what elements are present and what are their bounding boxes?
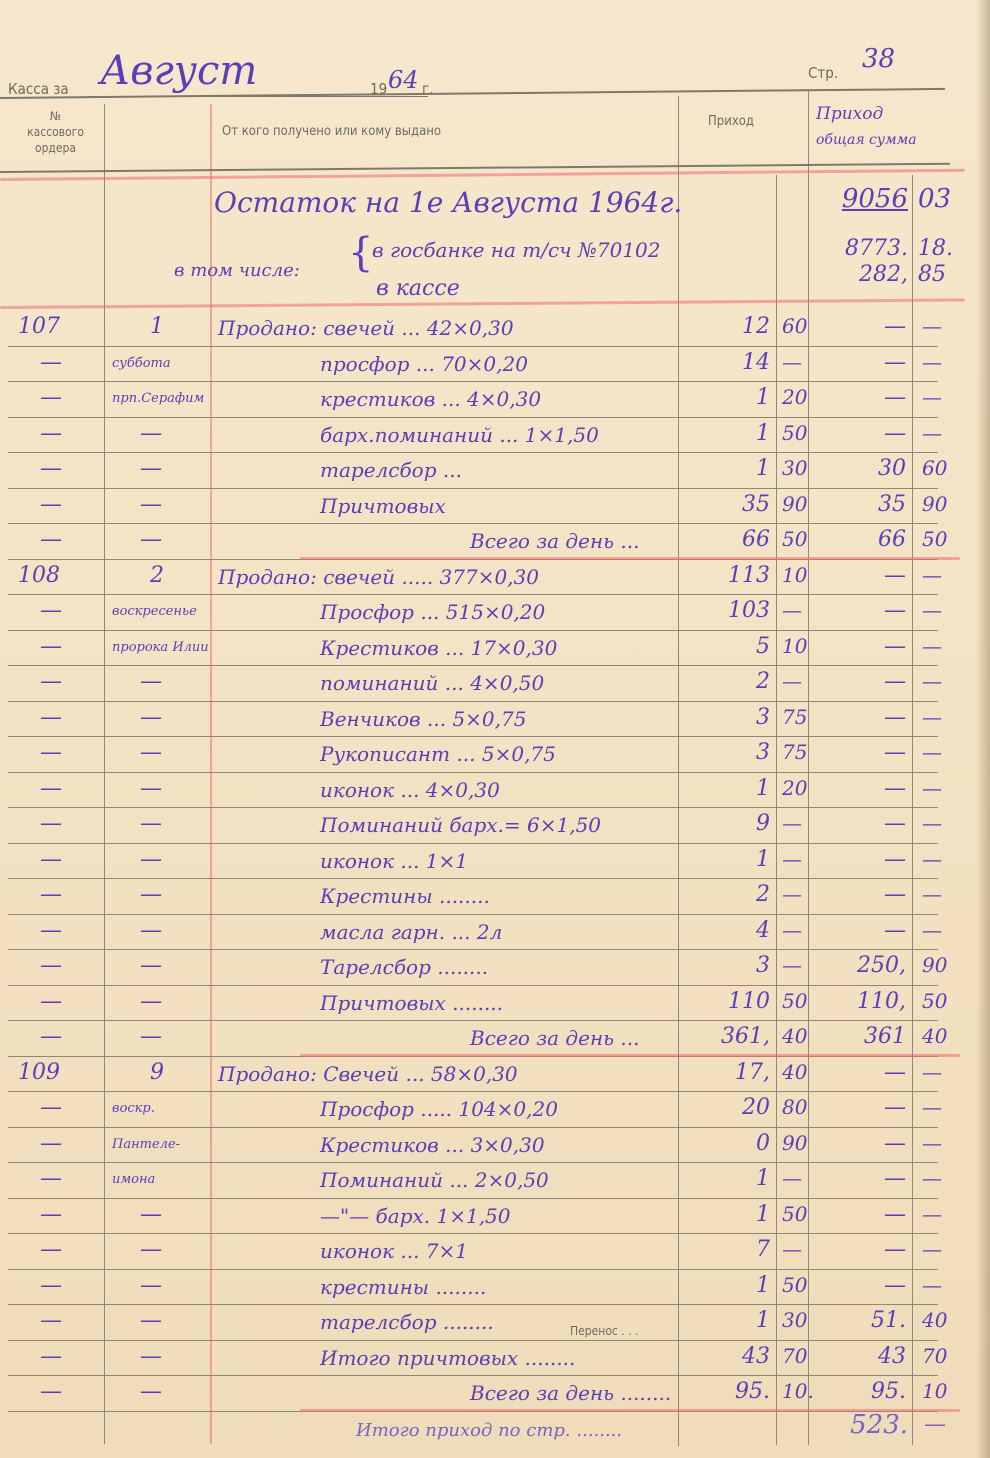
income-rubles: 1 bbox=[690, 1273, 770, 1298]
income-kopecks: 30 bbox=[782, 1308, 807, 1332]
order-number: — bbox=[40, 421, 62, 446]
row-rule bbox=[8, 381, 938, 382]
expense-kopecks: — bbox=[922, 918, 942, 942]
expense-kopecks: — bbox=[922, 1060, 942, 1084]
row-rule bbox=[8, 1269, 938, 1270]
year-written: 64 bbox=[388, 66, 419, 94]
income-kopecks: 75 bbox=[782, 740, 807, 764]
expense-rubles: 95. bbox=[812, 1379, 906, 1404]
income-rubles: 12 bbox=[690, 314, 770, 339]
day-number: — bbox=[140, 1273, 162, 1298]
row-rule bbox=[8, 523, 938, 524]
order-number: — bbox=[40, 598, 62, 623]
income-kopecks: 20 bbox=[782, 385, 807, 409]
order-number: — bbox=[40, 811, 62, 836]
expense-rubles: — bbox=[812, 1237, 906, 1262]
row-rule bbox=[8, 665, 938, 666]
ledger-page: Касса за Август 19 64 г. Стр. 38 № кассо… bbox=[0, 0, 990, 1458]
including-label: в том числе: bbox=[174, 260, 300, 281]
item-description: Венчиков ... 5×0,75 bbox=[320, 707, 526, 731]
expense-kopecks: — bbox=[922, 350, 942, 374]
income-kopecks: 40 bbox=[782, 1024, 807, 1048]
page-label: Стр. bbox=[808, 64, 838, 82]
expense-kopecks: 60 bbox=[922, 456, 947, 480]
day-number: — bbox=[140, 740, 162, 765]
col-expense-sub: общая сумма bbox=[816, 132, 917, 148]
month-handwritten: Август bbox=[100, 48, 257, 94]
page-total-label: Итого приход по стр. ........ bbox=[356, 1420, 622, 1441]
expense-kopecks: — bbox=[922, 882, 942, 906]
day-number: — bbox=[140, 669, 162, 694]
income-rubles: 2 bbox=[690, 669, 770, 694]
item-description: иконок ... 1×1 bbox=[320, 849, 468, 873]
item-description: Итого причтовых ........ bbox=[320, 1346, 575, 1370]
order-number: — bbox=[40, 1024, 62, 1049]
day-number: 2 bbox=[150, 563, 164, 588]
expense-kopecks: — bbox=[922, 421, 942, 445]
day-total-label: Всего за день ... bbox=[470, 1026, 639, 1050]
day-number: — bbox=[140, 953, 162, 978]
day-total-label: Всего за день ... bbox=[470, 529, 639, 553]
expense-rubles: — bbox=[812, 740, 906, 765]
expense-rubles: — bbox=[812, 421, 906, 446]
income-rubles: 113 bbox=[690, 563, 770, 588]
day-number: — bbox=[140, 882, 162, 907]
item-description: Крестиков ... 3×0,30 bbox=[320, 1133, 545, 1157]
income-rubles: 1 bbox=[690, 385, 770, 410]
income-kopecks: — bbox=[782, 598, 802, 622]
expense-kopecks: — bbox=[922, 598, 942, 622]
item-description: Рукописант ... 5×0,75 bbox=[320, 742, 556, 766]
income-rubles: 7 bbox=[690, 1237, 770, 1262]
order-number: — bbox=[40, 989, 62, 1014]
row-rule bbox=[8, 346, 938, 347]
item-description: барх.поминаний ... 1×1,50 bbox=[320, 423, 599, 447]
income-rubles: 0 bbox=[690, 1131, 770, 1156]
income-kopecks: 40 bbox=[782, 1060, 807, 1084]
order-number: — bbox=[40, 1273, 62, 1298]
order-number: — bbox=[40, 1344, 62, 1369]
page-total-kop: — bbox=[924, 1412, 946, 1437]
opening-total-kop: 03 bbox=[918, 184, 951, 214]
expense-rubles: — bbox=[812, 776, 906, 801]
expense-rubles: — bbox=[812, 1095, 906, 1120]
day-number: — bbox=[140, 811, 162, 836]
expense-rubles: — bbox=[812, 705, 906, 730]
day-number: 9 bbox=[150, 1060, 164, 1085]
income-kopecks: 80 bbox=[782, 1095, 807, 1119]
expense-kopecks: — bbox=[922, 563, 942, 587]
expense-rubles: 66 bbox=[812, 527, 906, 552]
expense-kopecks: 90 bbox=[922, 492, 947, 516]
day-note: воскр. bbox=[112, 1101, 155, 1116]
day-number: 1 bbox=[150, 314, 164, 339]
item-description: просфор ... 70×0,20 bbox=[320, 352, 528, 376]
row-rule bbox=[8, 878, 938, 879]
item-description: иконок ... 4×0,30 bbox=[320, 778, 500, 802]
income-kopecks: 10 bbox=[782, 634, 807, 658]
income-kopecks: 10. bbox=[782, 1379, 814, 1403]
day-note: Пантеле- bbox=[112, 1137, 180, 1152]
item-description: тарелсбор ... bbox=[320, 458, 462, 482]
order-number: 107 bbox=[18, 314, 60, 339]
kassa-label: Касса за bbox=[8, 80, 69, 98]
opening-balance-label: Остаток на 1е Августа 1964г. bbox=[214, 186, 682, 219]
row-rule bbox=[8, 843, 938, 844]
item-description: Поминаний ... 2×0,50 bbox=[320, 1168, 549, 1192]
item-description: Просфор ..... 104×0,20 bbox=[320, 1097, 558, 1121]
day-number: — bbox=[140, 989, 162, 1014]
day-note: воскресенье bbox=[112, 604, 197, 619]
row-rule bbox=[8, 701, 938, 702]
col-income-header: Приход bbox=[708, 114, 754, 129]
item-description: поминаний ... 4×0,50 bbox=[320, 671, 544, 695]
income-kopecks: 50 bbox=[782, 1273, 807, 1297]
total-underline bbox=[300, 557, 960, 560]
order-number: — bbox=[40, 705, 62, 730]
row-rule bbox=[8, 736, 938, 737]
col-description-header: От кого получено или кому выдано bbox=[222, 124, 441, 139]
income-rubles: 3 bbox=[690, 705, 770, 730]
expense-rubles: 250, bbox=[812, 953, 906, 978]
day-number: — bbox=[140, 918, 162, 943]
income-kopecks: 30 bbox=[782, 456, 807, 480]
expense-kopecks: — bbox=[922, 811, 942, 835]
item-description: Крестины ........ bbox=[320, 884, 490, 908]
col-order-line-3: ордера bbox=[8, 140, 103, 156]
day-note: прп.Серафим bbox=[112, 391, 204, 406]
income-kopecks: 70 bbox=[782, 1344, 807, 1368]
income-kopecks: — bbox=[782, 847, 802, 871]
expense-rubles: — bbox=[812, 882, 906, 907]
item-description: Просфор ... 515×0,20 bbox=[320, 600, 545, 624]
expense-rubles: — bbox=[812, 314, 906, 339]
income-kopecks: — bbox=[782, 1166, 802, 1190]
expense-kopecks: 10 bbox=[922, 1379, 947, 1403]
expense-kopecks: — bbox=[922, 847, 942, 871]
item-description: Продано: свечей ... 42×0,30 bbox=[218, 316, 514, 340]
expense-kopecks: 50 bbox=[922, 989, 947, 1013]
col-order-line-2: кассового bbox=[8, 124, 103, 140]
row-rule bbox=[8, 1375, 938, 1376]
expense-rubles: — bbox=[812, 669, 906, 694]
order-number: — bbox=[40, 456, 62, 481]
income-rubles: 1 bbox=[690, 847, 770, 872]
item-description: Продано: Свечей ... 58×0,30 bbox=[218, 1062, 518, 1086]
order-number: 109 bbox=[18, 1060, 60, 1085]
income-kopecks: — bbox=[782, 953, 802, 977]
row-rule bbox=[8, 914, 938, 915]
order-number: — bbox=[40, 1202, 62, 1227]
income-rubles: 66 bbox=[690, 527, 770, 552]
day-number: — bbox=[140, 1308, 162, 1333]
order-number: 108 bbox=[18, 563, 60, 588]
item-description: крестины ........ bbox=[320, 1275, 486, 1299]
income-rubles: 5 bbox=[690, 634, 770, 659]
expense-rubles: — bbox=[812, 385, 906, 410]
income-rubles: 4 bbox=[690, 918, 770, 943]
total-underline bbox=[300, 1054, 960, 1057]
expense-kopecks: — bbox=[922, 385, 942, 409]
income-rubles: 1 bbox=[690, 456, 770, 481]
day-number: — bbox=[140, 1344, 162, 1369]
expense-kopecks: 40 bbox=[922, 1308, 947, 1332]
income-rubles: 3 bbox=[690, 740, 770, 765]
income-kopecks: 10 bbox=[782, 563, 807, 587]
item-description: —"— барх. 1×1,50 bbox=[320, 1204, 511, 1228]
item-description: Продано: свечей ..... 377×0,30 bbox=[218, 565, 539, 589]
income-rubles: 361, bbox=[690, 1024, 770, 1049]
expense-rubles: — bbox=[812, 847, 906, 872]
expense-kopecks: 40 bbox=[922, 1024, 947, 1048]
expense-rubles: — bbox=[812, 1131, 906, 1156]
income-kopecks: — bbox=[782, 669, 802, 693]
day-total-label: Всего за день ........ bbox=[470, 1381, 671, 1405]
row-rule bbox=[8, 1198, 938, 1199]
day-number: — bbox=[140, 705, 162, 730]
income-rubles: 1 bbox=[690, 1166, 770, 1191]
expense-rubles: 51. bbox=[812, 1308, 906, 1333]
expense-kopecks: — bbox=[922, 1273, 942, 1297]
day-note: пророка Илии bbox=[112, 640, 209, 655]
row-rule bbox=[8, 488, 938, 489]
income-rubles: 17, bbox=[690, 1060, 770, 1085]
expense-kopecks: 90 bbox=[922, 953, 947, 977]
order-number: — bbox=[40, 385, 62, 410]
day-number: — bbox=[140, 456, 162, 481]
order-number: — bbox=[40, 669, 62, 694]
order-number: — bbox=[40, 527, 62, 552]
item-description: Крестиков ... 17×0,30 bbox=[320, 636, 557, 660]
income-kopecks: 20 bbox=[782, 776, 807, 800]
day-number: — bbox=[140, 492, 162, 517]
order-number: — bbox=[40, 1095, 62, 1120]
income-rubles: 2 bbox=[690, 882, 770, 907]
expense-rubles: 35 bbox=[812, 492, 906, 517]
balance-item-cash: в кассе bbox=[376, 276, 460, 301]
balance-bank-kop: 18. bbox=[918, 236, 953, 261]
balance-bank-rub: 8773. bbox=[812, 236, 908, 261]
row-rule bbox=[8, 452, 938, 453]
expense-kopecks: — bbox=[922, 314, 942, 338]
year-suffix: г. bbox=[422, 80, 433, 98]
expense-rubles: — bbox=[812, 811, 906, 836]
row-rule bbox=[8, 772, 938, 773]
item-description: Причтовых ........ bbox=[320, 991, 503, 1015]
row-rule bbox=[8, 1091, 938, 1092]
item-description: крестиков ... 4×0,30 bbox=[320, 387, 541, 411]
expense-rubles: — bbox=[812, 1166, 906, 1191]
day-number: — bbox=[140, 847, 162, 872]
brace-icon: { bbox=[348, 230, 373, 276]
order-number: — bbox=[40, 634, 62, 659]
order-number: — bbox=[40, 350, 62, 375]
expense-kopecks: 50 bbox=[922, 527, 947, 551]
order-number: — bbox=[40, 776, 62, 801]
order-number: — bbox=[40, 918, 62, 943]
income-kopecks: 50 bbox=[782, 527, 807, 551]
day-number: — bbox=[140, 421, 162, 446]
order-number: — bbox=[40, 953, 62, 978]
page-number: 38 bbox=[862, 44, 895, 74]
expense-rubles: — bbox=[812, 563, 906, 588]
expense-kopecks: — bbox=[922, 1095, 942, 1119]
income-rubles: 95. bbox=[690, 1379, 770, 1404]
day-note: имона bbox=[112, 1172, 155, 1187]
expense-rubles: — bbox=[812, 1273, 906, 1298]
expense-kopecks: 70 bbox=[922, 1344, 947, 1368]
col-order-line-1: № bbox=[8, 108, 103, 124]
row-rule bbox=[8, 1127, 938, 1128]
income-kopecks: — bbox=[782, 1237, 802, 1261]
order-number: — bbox=[40, 847, 62, 872]
order-number: — bbox=[40, 882, 62, 907]
expense-kopecks: — bbox=[922, 1166, 942, 1190]
row-rule bbox=[8, 985, 938, 986]
income-kopecks: — bbox=[782, 350, 802, 374]
income-rubles: 43 bbox=[690, 1344, 770, 1369]
expense-rubles: 43 bbox=[812, 1344, 906, 1369]
order-number: — bbox=[40, 492, 62, 517]
expense-rubles: — bbox=[812, 598, 906, 623]
item-description: Причтовых bbox=[320, 494, 446, 518]
expense-kopecks: — bbox=[922, 740, 942, 764]
income-rubles: 35 bbox=[690, 492, 770, 517]
col-expense-header: Приход bbox=[816, 104, 883, 124]
day-number: — bbox=[140, 1237, 162, 1262]
expense-kopecks: — bbox=[922, 1131, 942, 1155]
order-number: — bbox=[40, 1166, 62, 1191]
expense-rubles: — bbox=[812, 1202, 906, 1227]
income-rubles: 1 bbox=[690, 776, 770, 801]
day-number: — bbox=[140, 1024, 162, 1049]
day-note: суббота bbox=[112, 356, 171, 371]
item-description: Поминаний барх.= 6×1,50 bbox=[320, 813, 601, 837]
income-kopecks: — bbox=[782, 811, 802, 835]
order-number: — bbox=[40, 740, 62, 765]
expense-rubles: — bbox=[812, 350, 906, 375]
income-rubles: 9 bbox=[690, 811, 770, 836]
income-rubles: 110 bbox=[690, 989, 770, 1014]
income-kopecks: 90 bbox=[782, 492, 807, 516]
expense-rubles: — bbox=[812, 1060, 906, 1085]
income-kopecks: — bbox=[782, 882, 802, 906]
income-kopecks: 50 bbox=[782, 421, 807, 445]
balance-cash-kop: 85 bbox=[918, 262, 946, 287]
item-description: масла гарн. ... 2л bbox=[320, 920, 502, 944]
income-rubles: 1 bbox=[690, 1202, 770, 1227]
row-rule bbox=[8, 949, 938, 950]
page-total-rub: 523. bbox=[812, 1410, 908, 1440]
expense-kopecks: — bbox=[922, 705, 942, 729]
row-rule bbox=[8, 594, 938, 595]
income-kopecks: 60 bbox=[782, 314, 807, 338]
day-number: — bbox=[140, 776, 162, 801]
expense-kopecks: — bbox=[922, 1202, 942, 1226]
item-description: Тарелсбор ........ bbox=[320, 955, 488, 979]
order-number: — bbox=[40, 1131, 62, 1156]
income-kopecks: 50 bbox=[782, 989, 807, 1013]
row-rule bbox=[8, 1020, 938, 1021]
expense-rubles: 361 bbox=[812, 1024, 906, 1049]
expense-rubles: 110, bbox=[812, 989, 906, 1014]
day-number: — bbox=[140, 1379, 162, 1404]
income-kopecks: 50 bbox=[782, 1202, 807, 1226]
order-number: — bbox=[40, 1379, 62, 1404]
row-rule bbox=[8, 1304, 938, 1305]
income-rubles: 20 bbox=[690, 1095, 770, 1120]
expense-kopecks: — bbox=[922, 776, 942, 800]
day-number: — bbox=[140, 1202, 162, 1227]
income-rubles: 1 bbox=[690, 421, 770, 446]
row-rule bbox=[8, 417, 938, 418]
expense-rubles: — bbox=[812, 634, 906, 659]
income-rubles: 3 bbox=[690, 953, 770, 978]
income-rubles: 1 bbox=[690, 1308, 770, 1333]
row-rule bbox=[8, 1162, 938, 1163]
carry-over-label: Перенос . . . bbox=[570, 1324, 638, 1338]
expense-kopecks: — bbox=[922, 634, 942, 658]
income-kopecks: — bbox=[782, 918, 802, 942]
expense-rubles: — bbox=[812, 918, 906, 943]
expense-kopecks: — bbox=[922, 669, 942, 693]
row-rule bbox=[8, 1340, 938, 1341]
day-number: — bbox=[140, 527, 162, 552]
balance-item-bank: в госбанке на т/сч №70102 bbox=[372, 238, 661, 262]
row-rule bbox=[8, 1233, 938, 1234]
income-rubles: 103 bbox=[690, 598, 770, 623]
row-rule bbox=[8, 807, 938, 808]
item-description: иконок ... 7×1 bbox=[320, 1239, 468, 1263]
order-number: — bbox=[40, 1308, 62, 1333]
income-kopecks: 75 bbox=[782, 705, 807, 729]
balance-cash-rub: 282, bbox=[812, 262, 908, 287]
income-rubles: 14 bbox=[690, 350, 770, 375]
item-description: тарелсбор ........ bbox=[320, 1310, 494, 1334]
col-order-header: № кассового ордера bbox=[8, 108, 103, 156]
expense-rubles: 30 bbox=[812, 456, 906, 481]
order-number: — bbox=[40, 1237, 62, 1262]
income-kopecks: 90 bbox=[782, 1131, 807, 1155]
expense-kopecks: — bbox=[922, 1237, 942, 1261]
row-rule bbox=[8, 630, 938, 631]
opening-total-rub: 9056 bbox=[812, 184, 908, 214]
